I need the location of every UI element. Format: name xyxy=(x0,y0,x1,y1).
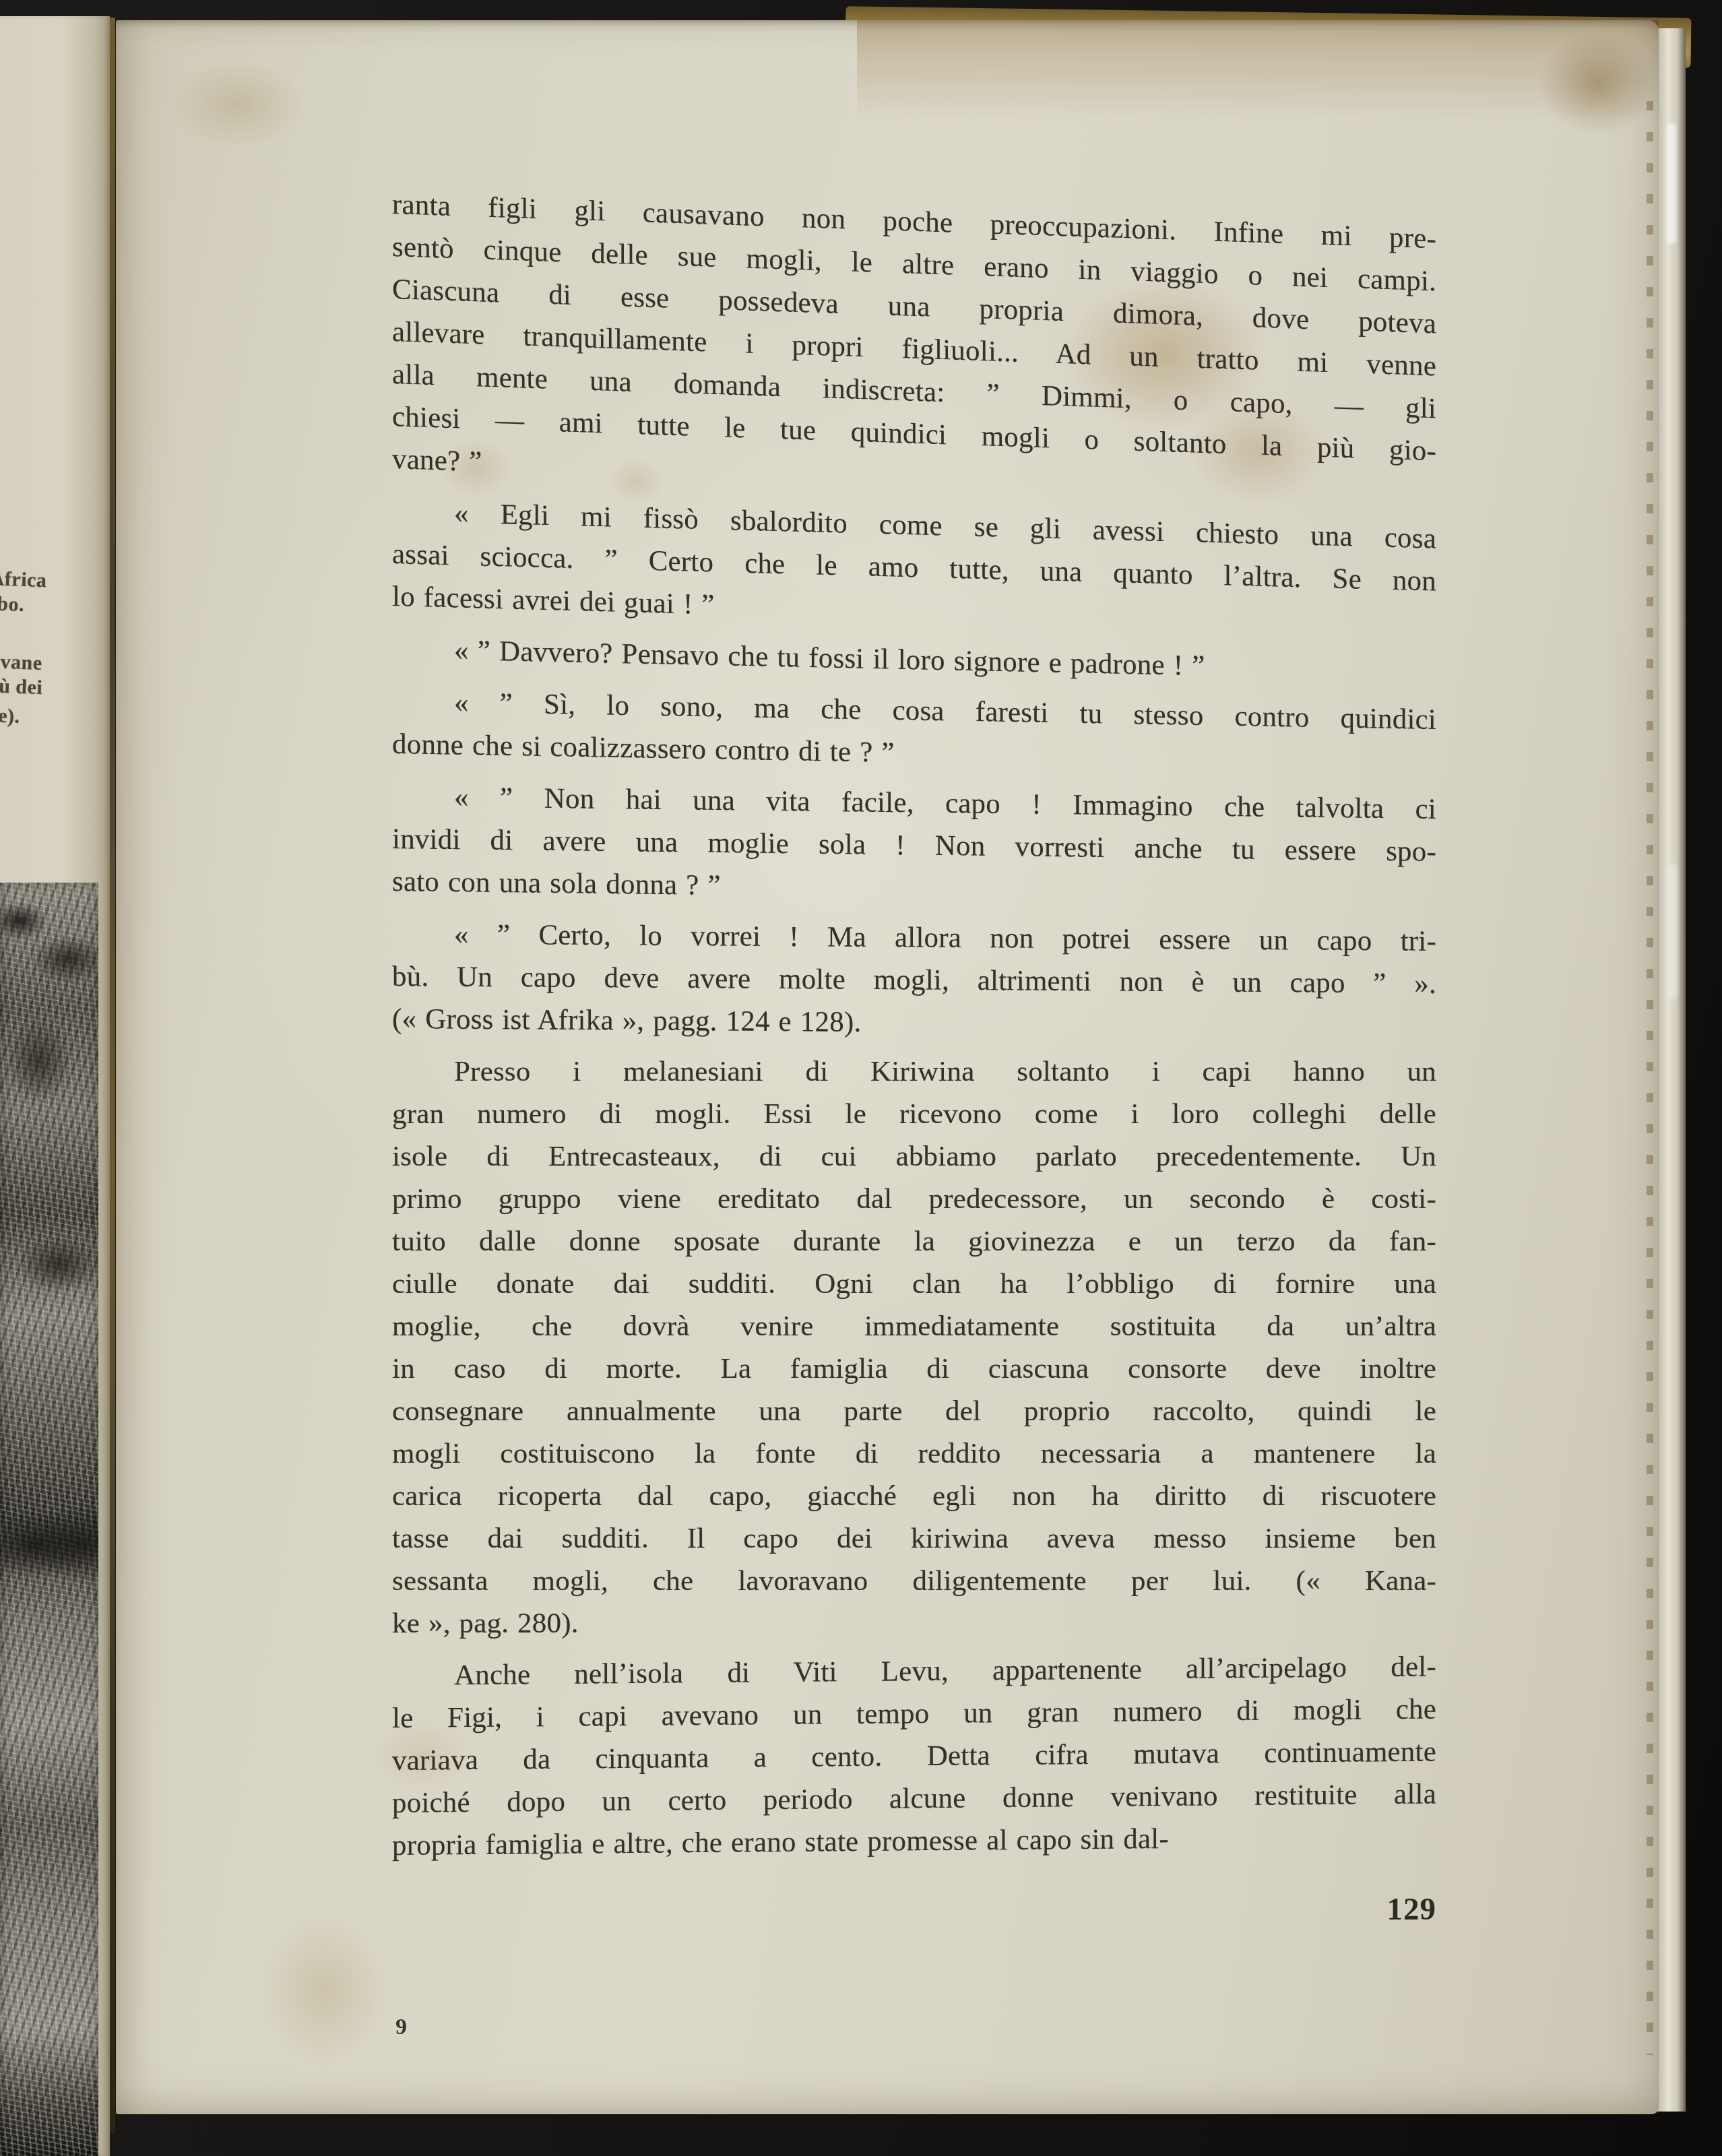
text-line: mogli costituiscono la fonte di reddito … xyxy=(392,1432,1436,1475)
text-line: primo gruppo viene ereditato dal predece… xyxy=(392,1178,1436,1220)
paragraph: ranta figli gli causavano non poche preo… xyxy=(392,183,1436,515)
text-block: ranta figli gli causavano non poche preo… xyxy=(392,183,1436,1867)
caption-fragment: ’Africa xyxy=(0,567,47,593)
text-line: Presso i melanesiani di Kiriwina soltant… xyxy=(392,1050,1436,1093)
bw-photo-edge-vegetation xyxy=(0,883,98,2156)
text-line: bù. Un capo deve avere molte mogli, altr… xyxy=(392,955,1436,1005)
glare-highlight xyxy=(1668,864,1678,998)
caption-fragment: giovane xyxy=(0,649,42,675)
text-line: tuito dalle donne sposate durante la gio… xyxy=(392,1220,1436,1263)
text-line: (« Gross ist Afrika », pagg. 124 e 128). xyxy=(392,998,1436,1048)
page-stain xyxy=(170,61,305,148)
text-line: carica ricoperta dal capo, giacché egli … xyxy=(392,1475,1436,1517)
caption-fragment: bo. xyxy=(0,593,25,617)
caption-fragment: bù dei xyxy=(0,674,43,699)
text-line: ke », pag. 280). xyxy=(392,1602,1436,1645)
page-number: 129 xyxy=(392,1891,1436,1928)
paragraph: « ” Sì, lo sono, ma che cosa faresti tu … xyxy=(392,680,1436,784)
paragraph: « ” Certo, lo vorrei ! Ma allora non pot… xyxy=(392,913,1436,1048)
text-line: sessanta mogli, che lavoravano diligente… xyxy=(392,1560,1436,1602)
cover-edge-right xyxy=(1656,28,1686,2112)
text-line: tasse dai sudditi. Il capo dei kiriwina … xyxy=(392,1517,1436,1560)
caption-fragment: le). xyxy=(0,704,20,728)
paragraph: « ” Non hai una vita facile, capo ! Imma… xyxy=(392,775,1436,916)
paragraph: « Egli mi fissò sbalordito come se gli a… xyxy=(392,490,1436,645)
page-stain xyxy=(1537,30,1659,137)
page-edge-speckles xyxy=(1647,101,1653,2055)
book-gutter xyxy=(110,18,115,2133)
book-page: ranta figli gli causavano non poche preo… xyxy=(116,20,1659,2114)
paragraph: Anche nell’isola di Viti Levu, appartene… xyxy=(392,1645,1436,1867)
open-book-photo: ’Africabo.giovanebù deile). ranta figli … xyxy=(0,0,1722,2156)
text-line: ciulle donate dai sudditi. Ogni clan ha … xyxy=(392,1263,1436,1305)
text-line: isole di Entrecasteaux, di cui abbiamo p… xyxy=(392,1135,1436,1178)
text-line: consegnare annualmente una parte del pro… xyxy=(392,1390,1436,1432)
text-line: « ” Certo, lo vorrei ! Ma allora non pot… xyxy=(392,913,1436,963)
text-line: propria famiglia e altre, che erano stat… xyxy=(392,1815,1436,1867)
previous-page-edge: ’Africabo.giovanebù deile). xyxy=(0,16,110,2156)
paragraph: Presso i melanesiani di Kiriwina soltant… xyxy=(392,1050,1436,1645)
glare-highlight xyxy=(1667,123,1676,244)
page-stain xyxy=(261,1913,389,2068)
text-line: gran numero di mogli. Essi le ricevono c… xyxy=(392,1093,1436,1135)
signature-mark: 9 xyxy=(395,2015,407,2040)
page-stain xyxy=(857,20,1659,121)
text-line: in caso di morte. La famiglia di ciascun… xyxy=(392,1347,1436,1390)
text-line: moglie, che dovrà venire immediatamente … xyxy=(392,1305,1436,1347)
